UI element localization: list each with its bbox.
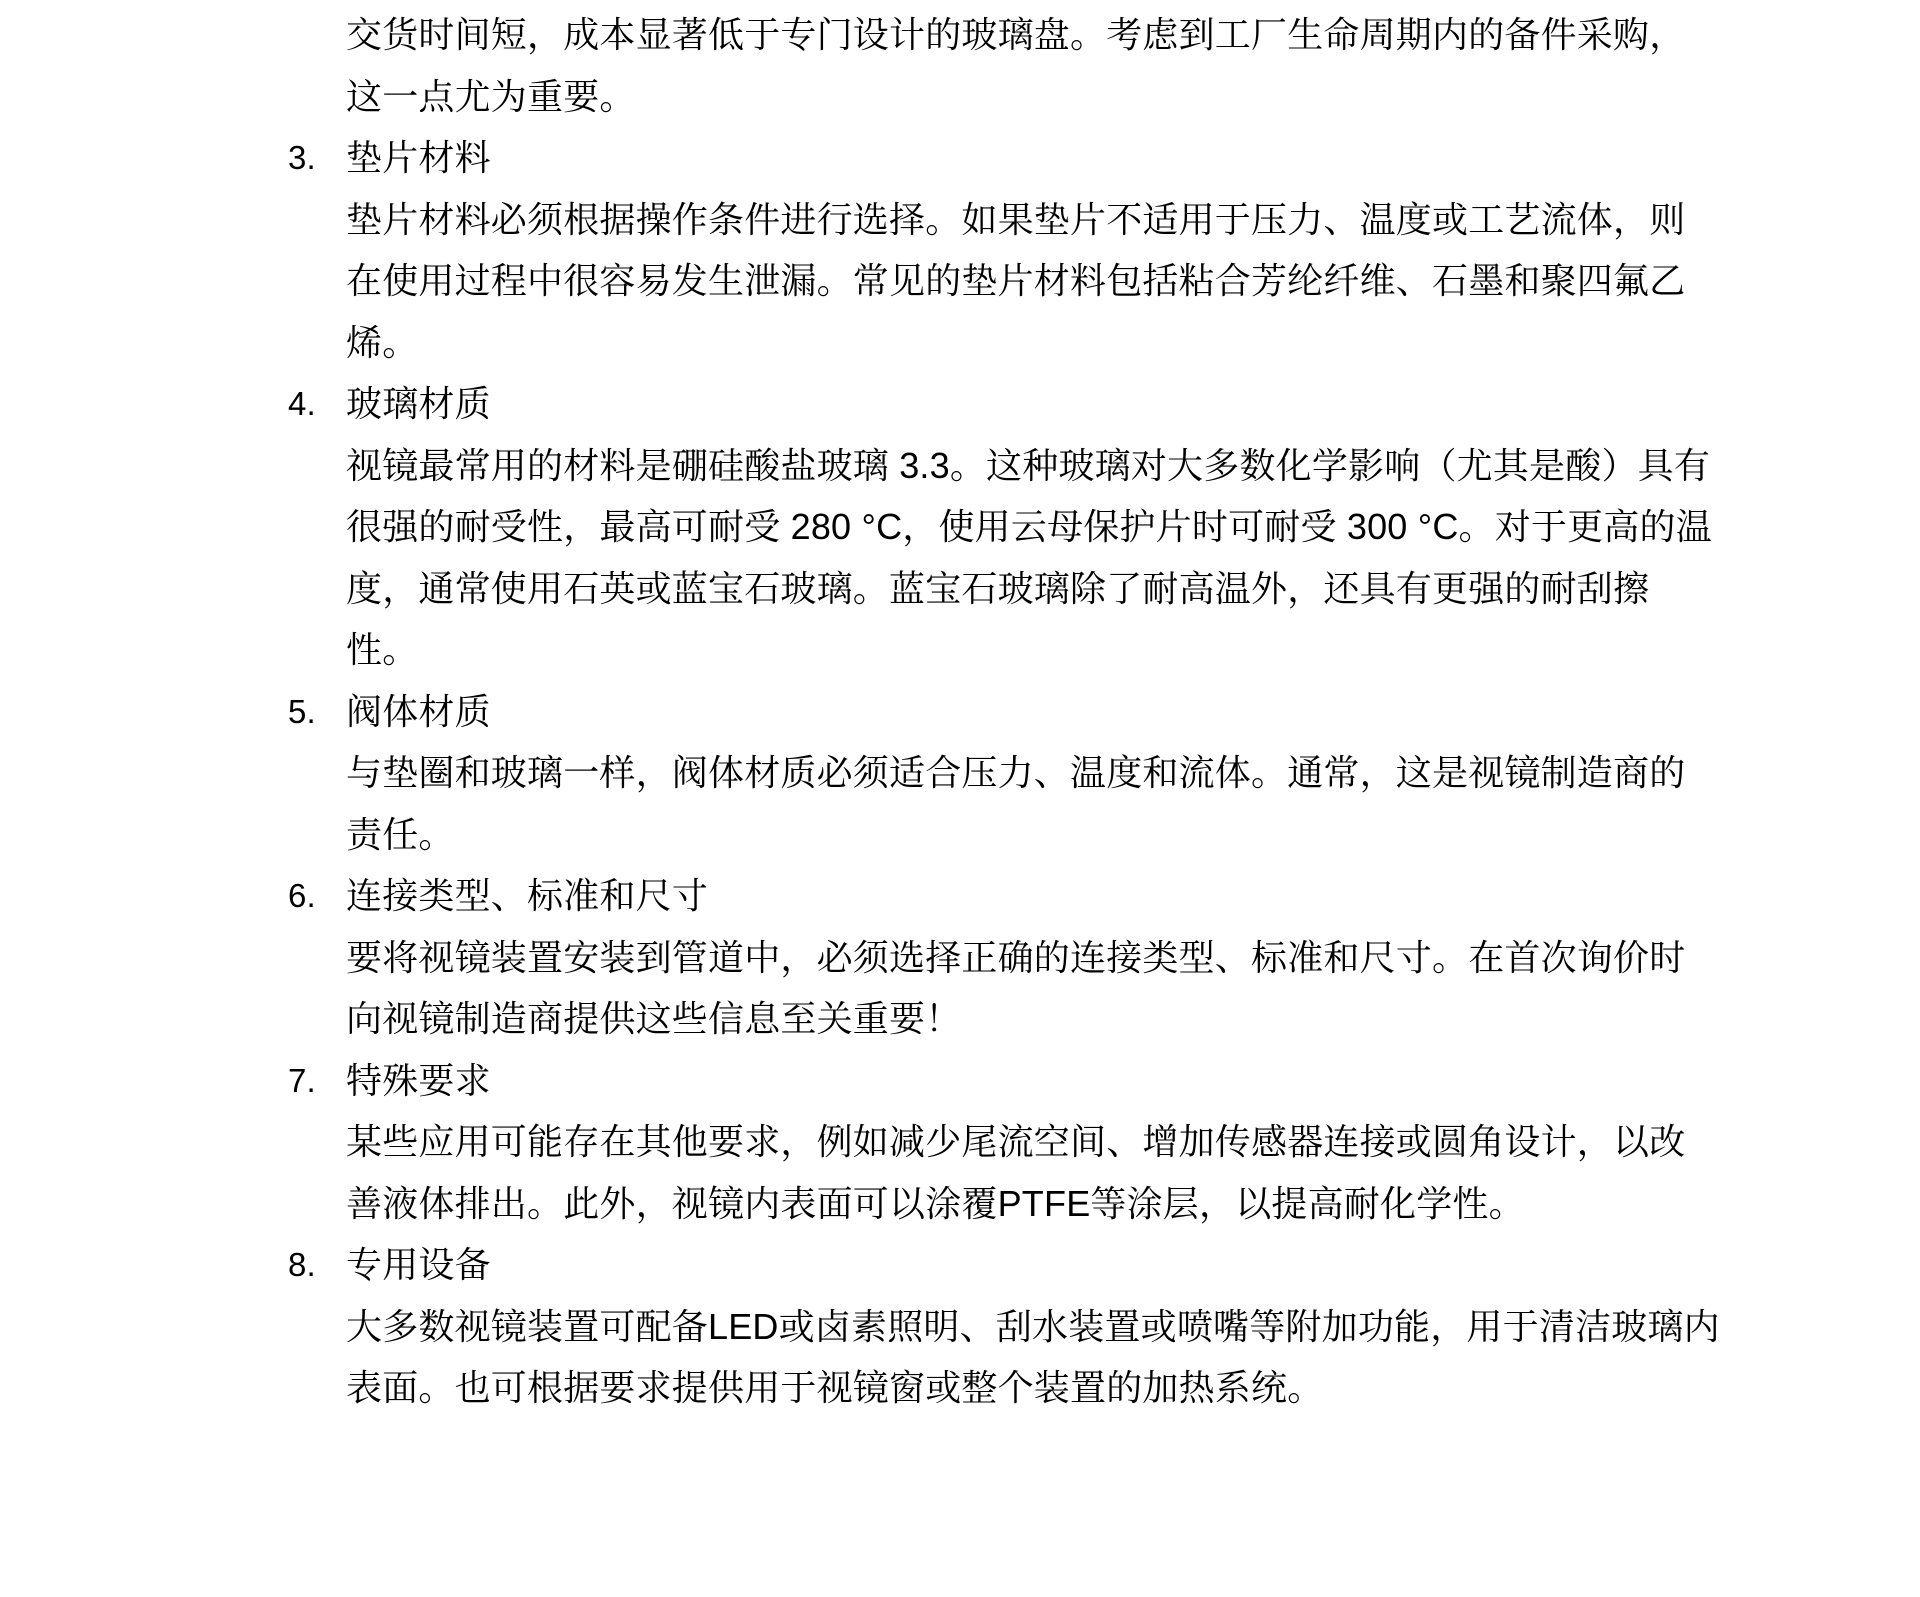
- list-item-title: 玻璃材质: [346, 373, 1766, 435]
- list-item-body: 与垫圈和玻璃一样，阀体材质必须适合压力、温度和流体。通常，这是视镜制造商的 责任…: [346, 742, 1766, 865]
- list-item-number: 5.: [288, 681, 346, 743]
- list-item: 8. 专用设备 大多数视镜装置可配备LED或卤素照明、刮水装置或喷嘴等附加功能，…: [288, 1234, 1766, 1419]
- list-item-body: 视镜最常用的材料是硼硅酸盐玻璃 3.3。这种玻璃对大多数化学影响（尤其是酸）具有…: [346, 435, 1766, 681]
- list-item-body: 某些应用可能存在其他要求，例如减少尾流空间、增加传感器连接或圆角设计，以改 善液…: [346, 1111, 1766, 1234]
- list-item: 6. 连接类型、标准和尺寸 要将视镜装置安装到管道中，必须选择正确的连接类型、标…: [288, 865, 1766, 1050]
- list-item-number: 6.: [288, 865, 346, 927]
- list-item-title: 垫片材料: [346, 127, 1766, 189]
- document-page: 交货时间短，成本显著低于专门设计的玻璃盘。考虑到工厂生命周期内的备件采购， 这一…: [288, 4, 1766, 1419]
- list-item-number: 7.: [288, 1050, 346, 1112]
- list-item-body: 要将视镜装置安装到管道中，必须选择正确的连接类型、标准和尺寸。在首次询价时 向视…: [346, 927, 1766, 1050]
- list-item: 4. 玻璃材质 视镜最常用的材料是硼硅酸盐玻璃 3.3。这种玻璃对大多数化学影响…: [288, 373, 1766, 681]
- list-item-title: 专用设备: [346, 1234, 1766, 1296]
- list-item-title: 连接类型、标准和尺寸: [346, 865, 1766, 927]
- list-item: 5. 阀体材质 与垫圈和玻璃一样，阀体材质必须适合压力、温度和流体。通常，这是视…: [288, 681, 1766, 866]
- list-item: 7. 特殊要求 某些应用可能存在其他要求，例如减少尾流空间、增加传感器连接或圆角…: [288, 1050, 1766, 1235]
- paragraph-continuation: 交货时间短，成本显著低于专门设计的玻璃盘。考虑到工厂生命周期内的备件采购， 这一…: [346, 4, 1766, 127]
- list-item-body: 垫片材料必须根据操作条件进行选择。如果垫片不适用于压力、温度或工艺流体，则 在使…: [346, 189, 1766, 374]
- list-item: 3. 垫片材料 垫片材料必须根据操作条件进行选择。如果垫片不适用于压力、温度或工…: [288, 127, 1766, 373]
- list-item-number: 3.: [288, 127, 346, 189]
- list-item-number: 8.: [288, 1234, 346, 1296]
- list-item-body: 大多数视镜装置可配备LED或卤素照明、刮水装置或喷嘴等附加功能，用于清洁玻璃内 …: [346, 1296, 1766, 1419]
- list-item-title: 阀体材质: [346, 681, 1766, 743]
- list-item-number: 4.: [288, 373, 346, 435]
- list-item-title: 特殊要求: [346, 1050, 1766, 1112]
